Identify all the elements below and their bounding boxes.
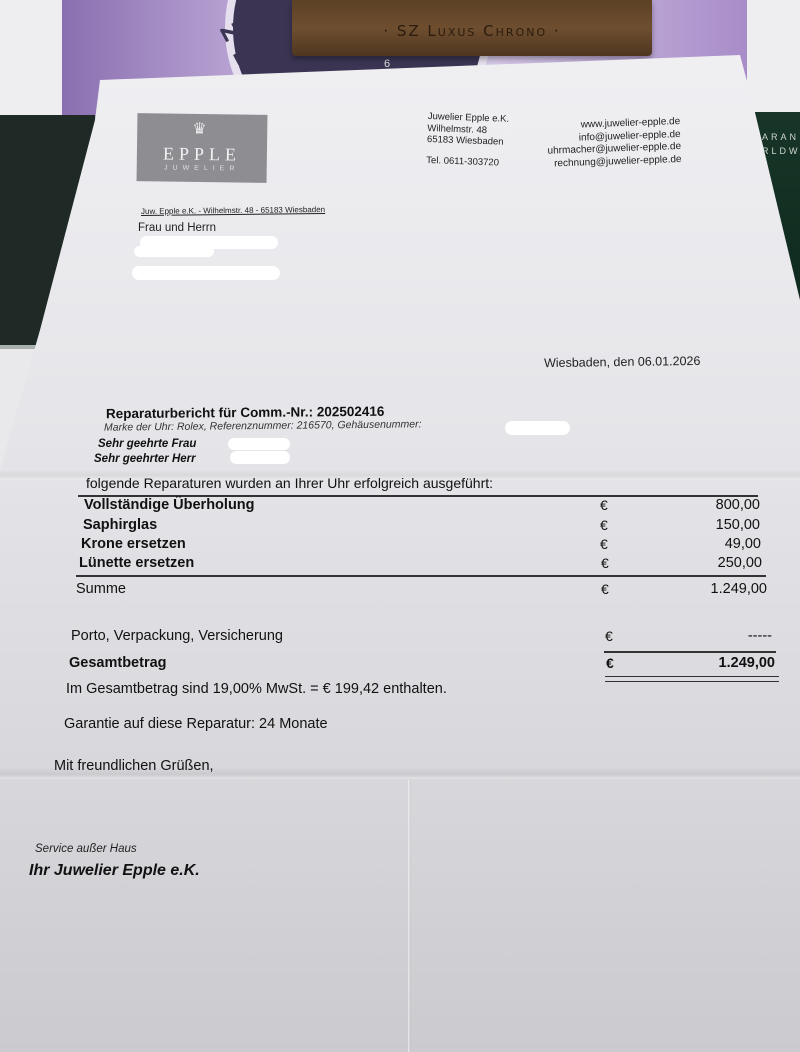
total-top-rule: [604, 651, 776, 653]
closing-line: Mit freundlichen Grüßen,: [54, 758, 214, 774]
item-label: Saphirglas: [83, 517, 157, 533]
item-amount: 150,00: [640, 517, 760, 533]
item-label: Krone ersetzen: [81, 536, 186, 552]
redaction: [230, 451, 290, 464]
warranty-note: Garantie auf diese Reparatur: 24 Monate: [64, 716, 328, 732]
euro-symbol: €: [600, 497, 608, 513]
dial-numeral: 6: [384, 58, 390, 70]
subtotal-amount: 1.249,00: [647, 581, 767, 597]
watch-details: Marke der Uhr: Rolex, Referenznummer: 21…: [104, 418, 422, 433]
redaction: [505, 421, 570, 435]
item-amount: 800,00: [640, 497, 760, 513]
crown-icon: ♛: [192, 119, 207, 139]
item-amount: 49,00: [641, 536, 761, 552]
euro-symbol: €: [601, 555, 609, 571]
box-label: · SZ Luxus Chrono ·: [292, 22, 652, 40]
repair-report-letter: ♛ EPPLE JUWELIER Juwelier Epple e.K. Wil…: [0, 0, 800, 1052]
contact-list: www.juwelier-epple.de info@juwelier-eppl…: [525, 116, 682, 171]
logo-name: EPPLE: [137, 143, 267, 166]
subtotal-label: Summe: [76, 581, 126, 597]
total-amount: 1.249,00: [655, 655, 775, 671]
line-item: Saphirglas € 150,00: [0, 517, 800, 537]
shipping-row: Porto, Verpackung, Versicherung € -----: [0, 628, 800, 648]
euro-symbol: €: [606, 655, 614, 671]
sender-address: Juwelier Epple e.K. Wilhelmstr. 48 65183…: [426, 111, 509, 169]
total-label: Gesamtbetrag: [69, 655, 167, 671]
total-double-rule: [605, 676, 779, 682]
epple-logo: ♛ EPPLE JUWELIER: [137, 113, 268, 183]
green-card-text: ARAN RLDW: [762, 130, 800, 158]
euro-symbol: €: [600, 517, 608, 533]
line-item: Vollständige Überholung € 800,00: [0, 497, 800, 517]
signature-company: Ihr Juwelier Epple e.K.: [29, 862, 200, 880]
greeting-herr: Sehr geehrter Herr: [94, 453, 196, 465]
item-amount: 250,00: [642, 555, 762, 571]
intro-text: folgende Reparaturen wurden an Ihrer Uhr…: [86, 475, 493, 491]
vat-note: Im Gesamtbetrag sind 19,00% MwSt. = € 19…: [66, 681, 447, 697]
redaction: [134, 246, 214, 257]
paper-fold: [408, 780, 411, 1052]
euro-symbol: €: [601, 581, 609, 597]
line-item: Krone ersetzen € 49,00: [0, 536, 800, 556]
item-label: Lünette ersetzen: [79, 555, 194, 571]
euro-symbol: €: [605, 628, 613, 644]
return-address: Juw. Epple e.K. - Wilhelmstr. 48 - 65183…: [141, 205, 325, 216]
subtotal-rule: [76, 575, 766, 577]
sender-phone: Tel. 0611-303720: [426, 154, 508, 168]
wooden-watch-box: · SZ Luxus Chrono ·: [292, 0, 652, 56]
subtotal-row: Summe € 1.249,00: [0, 581, 800, 601]
redaction: [228, 438, 290, 450]
signature-department: Service außer Haus: [35, 843, 137, 855]
shipping-amount: -----: [652, 628, 772, 644]
item-label: Vollständige Überholung: [84, 497, 255, 513]
greeting-frau: Sehr geehrte Frau: [98, 438, 196, 450]
letter-date: Wiesbaden, den 06.01.2026: [544, 354, 701, 370]
shipping-label: Porto, Verpackung, Versicherung: [71, 628, 283, 644]
logo-subtitle: JUWELIER: [137, 164, 267, 173]
addressee-salutation: Frau und Herrn: [138, 222, 216, 234]
line-item: Lünette ersetzen € 250,00: [0, 555, 800, 575]
redaction: [132, 266, 280, 280]
total-row: Gesamtbetrag € 1.249,00: [0, 655, 800, 675]
sender-city: 65183 Wiesbaden: [427, 134, 509, 148]
euro-symbol: €: [600, 536, 608, 552]
